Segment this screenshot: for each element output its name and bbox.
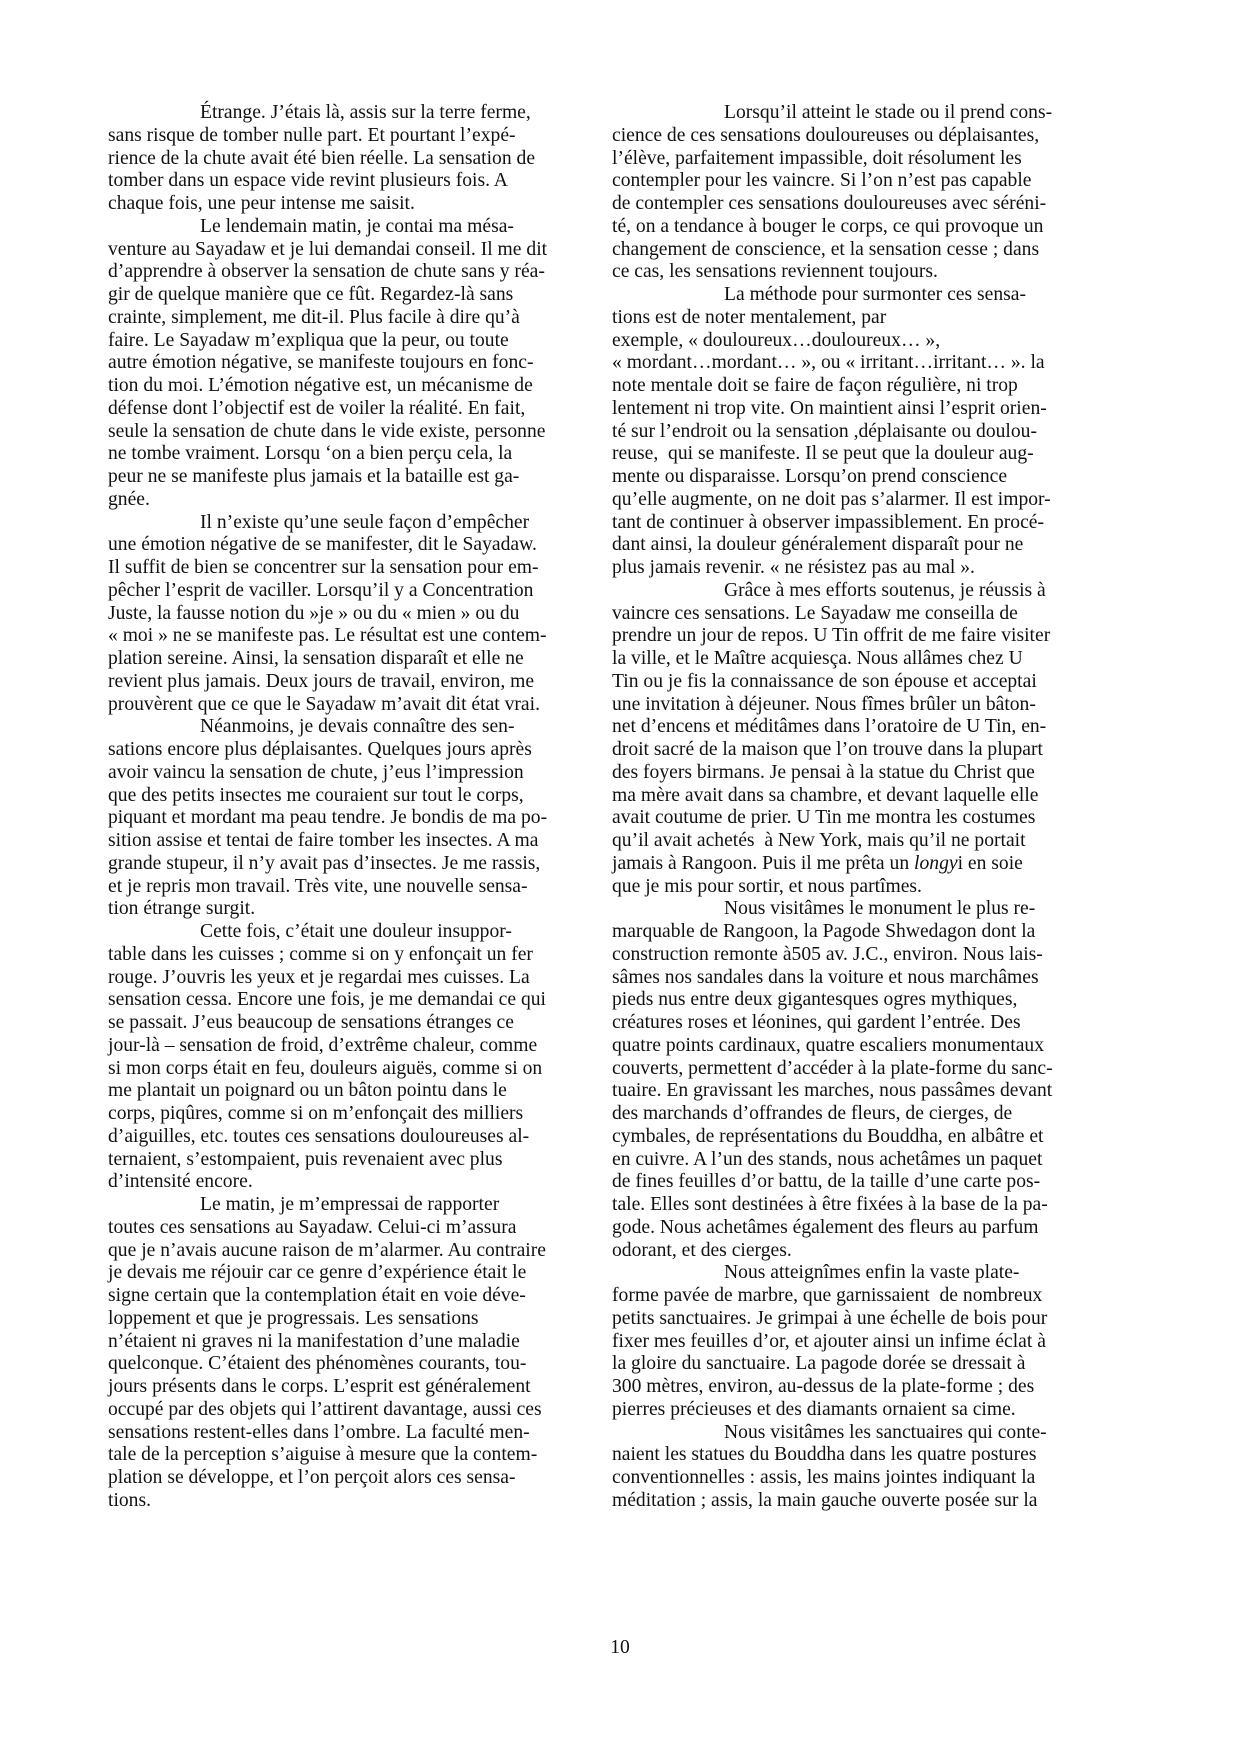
text-line: « moi » ne se manifeste pas. Le résultat… xyxy=(108,625,540,648)
text-line: tuaire. En gravissant les marches, nous … xyxy=(612,1080,1134,1103)
text-line: tale. Elles sont destinées à être fixées… xyxy=(612,1194,1134,1217)
page-number: 10 xyxy=(0,1637,1240,1659)
text-line: et je repris mon travail. Très vite, une… xyxy=(108,876,540,899)
text-line: droit sacré de la maison que l’on trouve… xyxy=(612,739,1134,762)
text-line: sations encore plus déplaisantes. Quelqu… xyxy=(108,739,540,762)
text-line: des marchands d’offrandes de fleurs, de … xyxy=(612,1103,1134,1126)
text-line: occupé par des objets qui l’attirent dav… xyxy=(108,1399,540,1422)
text-line: de fines feuilles d’or battu, de la tail… xyxy=(612,1171,1134,1194)
document-page: Étrange. J’étais là, assis sur la terre … xyxy=(0,0,1240,1754)
text-line: gir de quelque manière que ce fût. Regar… xyxy=(108,284,540,307)
text-line: vaincre ces sensations. Le Sayadaw me co… xyxy=(612,603,1134,626)
text-line: Cette fois, c’était une douleur insuppor… xyxy=(108,921,540,944)
text-line: seule la sensation de chute dans le vide… xyxy=(108,421,540,444)
text-line: qu’il avait achetés à New York, mais qu’… xyxy=(612,830,1134,853)
text-line: loppement et que je progressais. Les sen… xyxy=(108,1308,540,1331)
text-line: reuse, qui se manifeste. Il se peut que … xyxy=(612,443,1134,466)
text-line: té, on a tendance à bouger le corps, ce … xyxy=(612,216,1134,239)
text-line: Le matin, je m’empressai de rapporter xyxy=(108,1194,540,1217)
text-line: La méthode pour surmonter ces sensa- xyxy=(612,284,1134,307)
text-line: Lorsqu’il atteint le stade ou il prend c… xyxy=(612,102,1134,125)
text-line: que je mis pour sortir, et nous partîmes… xyxy=(612,876,1134,899)
text-line: Il n’existe qu’une seule façon d’empêche… xyxy=(108,512,540,535)
text-line: lentement ni trop vite. On maintient ain… xyxy=(612,398,1134,421)
text-line: naient les statues du Bouddha dans les q… xyxy=(612,1444,1134,1467)
text-line: Il suffit de bien se concentrer sur la s… xyxy=(108,557,540,580)
text-line: cymbales, de représentations du Bouddha,… xyxy=(612,1126,1134,1149)
text-line: la ville, et le Maître acquiesça. Nous a… xyxy=(612,648,1134,671)
text-line: pêcher l’esprit de vaciller. Lorsqu’il y… xyxy=(108,580,540,603)
text-line: d’intensité encore. xyxy=(108,1171,540,1194)
right-column: Lorsqu’il atteint le stade ou il prend c… xyxy=(612,102,1134,1513)
text-line: des foyers birmans. Je pensai à la statu… xyxy=(612,762,1134,785)
text-line: Nous visitâmes le monument le plus re- xyxy=(612,898,1134,921)
text-line: jour-là – sensation de froid, d’extrême … xyxy=(108,1035,540,1058)
text-line: la gloire du sanctuaire. La pagode dorée… xyxy=(612,1353,1134,1376)
text-line: tion étrange surgit. xyxy=(108,898,540,921)
text-line: plus jamais revenir. « ne résistez pas a… xyxy=(612,557,1134,580)
text-line: fixer mes feuilles d’or, et ajouter ains… xyxy=(612,1331,1134,1354)
text-line: net d’encens et méditâmes dans l’oratoir… xyxy=(612,716,1134,739)
text-line: exemple, « douloureux…douloureux… », xyxy=(612,330,1134,353)
text-line: plation sereine. Ainsi, la sensation dis… xyxy=(108,648,540,671)
text-line: se passait. J’eus beaucoup de sensations… xyxy=(108,1012,540,1035)
text-line: forme pavée de marbre, que garnissaient … xyxy=(612,1285,1134,1308)
text-line: rience de la chute avait été bien réelle… xyxy=(108,148,540,171)
text-line: dant ainsi, la douleur généralement disp… xyxy=(612,534,1134,557)
text-line: tion du moi. L’émotion négative est, un … xyxy=(108,375,540,398)
text-line: rouge. J’ouvris les yeux et je regardai … xyxy=(108,967,540,990)
text-line: crainte, simplement, me dit-il. Plus fac… xyxy=(108,307,540,330)
text-line: l’élève, parfaitement impassible, doit r… xyxy=(612,148,1134,171)
text-line: avoir vaincu la sensation de chute, j’eu… xyxy=(108,762,540,785)
text-line: marquable de Rangoon, la Pagode Shwedago… xyxy=(612,921,1134,944)
text-line: que des petits insectes me couraient sur… xyxy=(108,785,540,808)
text-line: peur ne se manifeste plus jamais et la b… xyxy=(108,466,540,489)
text-line: faire. Le Sayadaw m’expliqua que la peur… xyxy=(108,330,540,353)
text-line: d’aiguilles, etc. toutes ces sensations … xyxy=(108,1126,540,1149)
italic-word: longy xyxy=(914,853,958,874)
text-line: que je n’avais aucune raison de m’alarme… xyxy=(108,1240,540,1263)
text-line: méditation ; assis, la main gauche ouver… xyxy=(612,1490,1134,1513)
text-line: Nous atteignîmes enfin la vaste plate- xyxy=(612,1262,1134,1285)
text-line: construction remonte à505 av. J.C., envi… xyxy=(612,944,1134,967)
text-line: n’étaient ni graves ni la manifestation … xyxy=(108,1331,540,1354)
text-line: prendre un jour de repos. U Tin offrit d… xyxy=(612,625,1134,648)
text-line: gode. Nous achetâmes également des fleur… xyxy=(612,1217,1134,1240)
text-line: défense dont l’objectif est de voiler la… xyxy=(108,398,540,421)
text-line: tant de continuer à observer impassiblem… xyxy=(612,512,1134,535)
text-line: conventionnelles : assis, les mains join… xyxy=(612,1467,1134,1490)
text-line: je devais me réjouir car ce genre d’expé… xyxy=(108,1262,540,1285)
text-line: sition assise et tentai de faire tomber … xyxy=(108,830,540,853)
text-line: ce cas, les sensations reviennent toujou… xyxy=(612,261,1134,284)
text-line: quelconque. C’étaient des phénomènes cou… xyxy=(108,1353,540,1376)
left-column: Étrange. J’étais là, assis sur la terre … xyxy=(108,102,540,1513)
text-line: prouvèrent que ce que le Sayadaw m’avait… xyxy=(108,694,540,717)
text-line: plation se développe, et l’on perçoit al… xyxy=(108,1467,540,1490)
text-line: piquant et mordant ma peau tendre. Je bo… xyxy=(108,807,540,830)
text-line: Nous visitâmes les sanctuaires qui conte… xyxy=(612,1422,1134,1445)
text-line: ma mère avait dans sa chambre, et devant… xyxy=(612,785,1134,808)
text-line: quatre points cardinaux, quatre escalier… xyxy=(612,1035,1134,1058)
text-line: d’apprendre à observer la sensation de c… xyxy=(108,261,540,284)
text-line: si mon corps était en feu, douleurs aigu… xyxy=(108,1058,540,1081)
text-line: Le lendemain matin, je contai ma mésa- xyxy=(108,216,540,239)
text-line: créatures roses et léonines, qui gardent… xyxy=(612,1012,1134,1035)
text-line: une émotion négative de se manifester, d… xyxy=(108,534,540,557)
text-line: toutes ces sensations au Sayadaw. Celui-… xyxy=(108,1217,540,1240)
text-line: chaque fois, une peur intense me saisit. xyxy=(108,193,540,216)
text-line: sans risque de tomber nulle part. Et pou… xyxy=(108,125,540,148)
text-line: jamais à Rangoon. Puis il me prêta un lo… xyxy=(612,853,1134,876)
text-line: petits sanctuaires. Je grimpai à une éch… xyxy=(612,1308,1134,1331)
text-line: table dans les cuisses ; comme si on y e… xyxy=(108,944,540,967)
text-line: tomber dans un espace vide revint plusie… xyxy=(108,170,540,193)
text-line: odorant, et des cierges. xyxy=(612,1240,1134,1263)
text-line: avait coutume de prier. U Tin me montra … xyxy=(612,807,1134,830)
text-line: pieds nus entre deux gigantesques ogres … xyxy=(612,989,1134,1012)
text-line: autre émotion négative, se manifeste tou… xyxy=(108,352,540,375)
text-line: qu’elle augmente, on ne doit pas s’alarm… xyxy=(612,489,1134,512)
text-line: sâmes nos sandales dans la voiture et no… xyxy=(612,967,1134,990)
text-line: Juste, la fausse notion du »je » ou du «… xyxy=(108,603,540,626)
text-line: tale de la perception s’aiguise à mesure… xyxy=(108,1444,540,1467)
text-line: venture au Sayadaw et je lui demandai co… xyxy=(108,239,540,262)
text-line: ne tombe vraiment. Lorsqu ‘on a bien per… xyxy=(108,443,540,466)
text-line: contempler pour les vaincre. Si l’on n’e… xyxy=(612,170,1134,193)
text-line: corps, piqûres, comme si on m’enfonçait … xyxy=(108,1103,540,1126)
text-line: « mordant…mordant… », ou « irritant…irri… xyxy=(612,352,1134,375)
text-line: 300 mètres, environ, au-dessus de la pla… xyxy=(612,1376,1134,1399)
text-line: ternaient, s’estompaient, puis revenaien… xyxy=(108,1149,540,1172)
text-line: en cuivre. A l’un des stands, nous achet… xyxy=(612,1149,1134,1172)
text-line: sensations restent-elles dans l’ombre. L… xyxy=(108,1422,540,1445)
text-line: grande stupeur, il n’y avait pas d’insec… xyxy=(108,853,540,876)
text-line: gnée. xyxy=(108,489,540,512)
text-line: té sur l’endroit ou la sensation ,déplai… xyxy=(612,421,1134,444)
text-line: une invitation à déjeuner. Nous fîmes br… xyxy=(612,694,1134,717)
text-line: tions. xyxy=(108,1490,540,1513)
text-line: de contempler ces sensations douloureuse… xyxy=(612,193,1134,216)
text-line: note mentale doit se faire de façon régu… xyxy=(612,375,1134,398)
text-line: cience de ces sensations douloureuses ou… xyxy=(612,125,1134,148)
text-line: revient plus jamais. Deux jours de trava… xyxy=(108,671,540,694)
text-line: Tin ou je fis la connaissance de son épo… xyxy=(612,671,1134,694)
text-line: signe certain que la contemplation était… xyxy=(108,1285,540,1308)
text-line: Grâce à mes efforts soutenus, je réussis… xyxy=(612,580,1134,603)
text-line: couverts, permettent d’accéder à la plat… xyxy=(612,1058,1134,1081)
text-line: mente ou disparaisse. Lorsqu’on prend co… xyxy=(612,466,1134,489)
text-line: pierres précieuses et des diamants ornai… xyxy=(612,1399,1134,1422)
text-line: me plantait un poignard ou un bâton poin… xyxy=(108,1080,540,1103)
text-line: Néanmoins, je devais connaître des sen- xyxy=(108,716,540,739)
text-line: sensation cessa. Encore une fois, je me … xyxy=(108,989,540,1012)
text-line: jours présents dans le corps. L’esprit e… xyxy=(108,1376,540,1399)
text-line: changement de conscience, et la sensatio… xyxy=(612,239,1134,262)
text-line: tions est de noter mentalement, par xyxy=(612,307,1134,330)
text-line: Étrange. J’étais là, assis sur la terre … xyxy=(108,102,540,125)
